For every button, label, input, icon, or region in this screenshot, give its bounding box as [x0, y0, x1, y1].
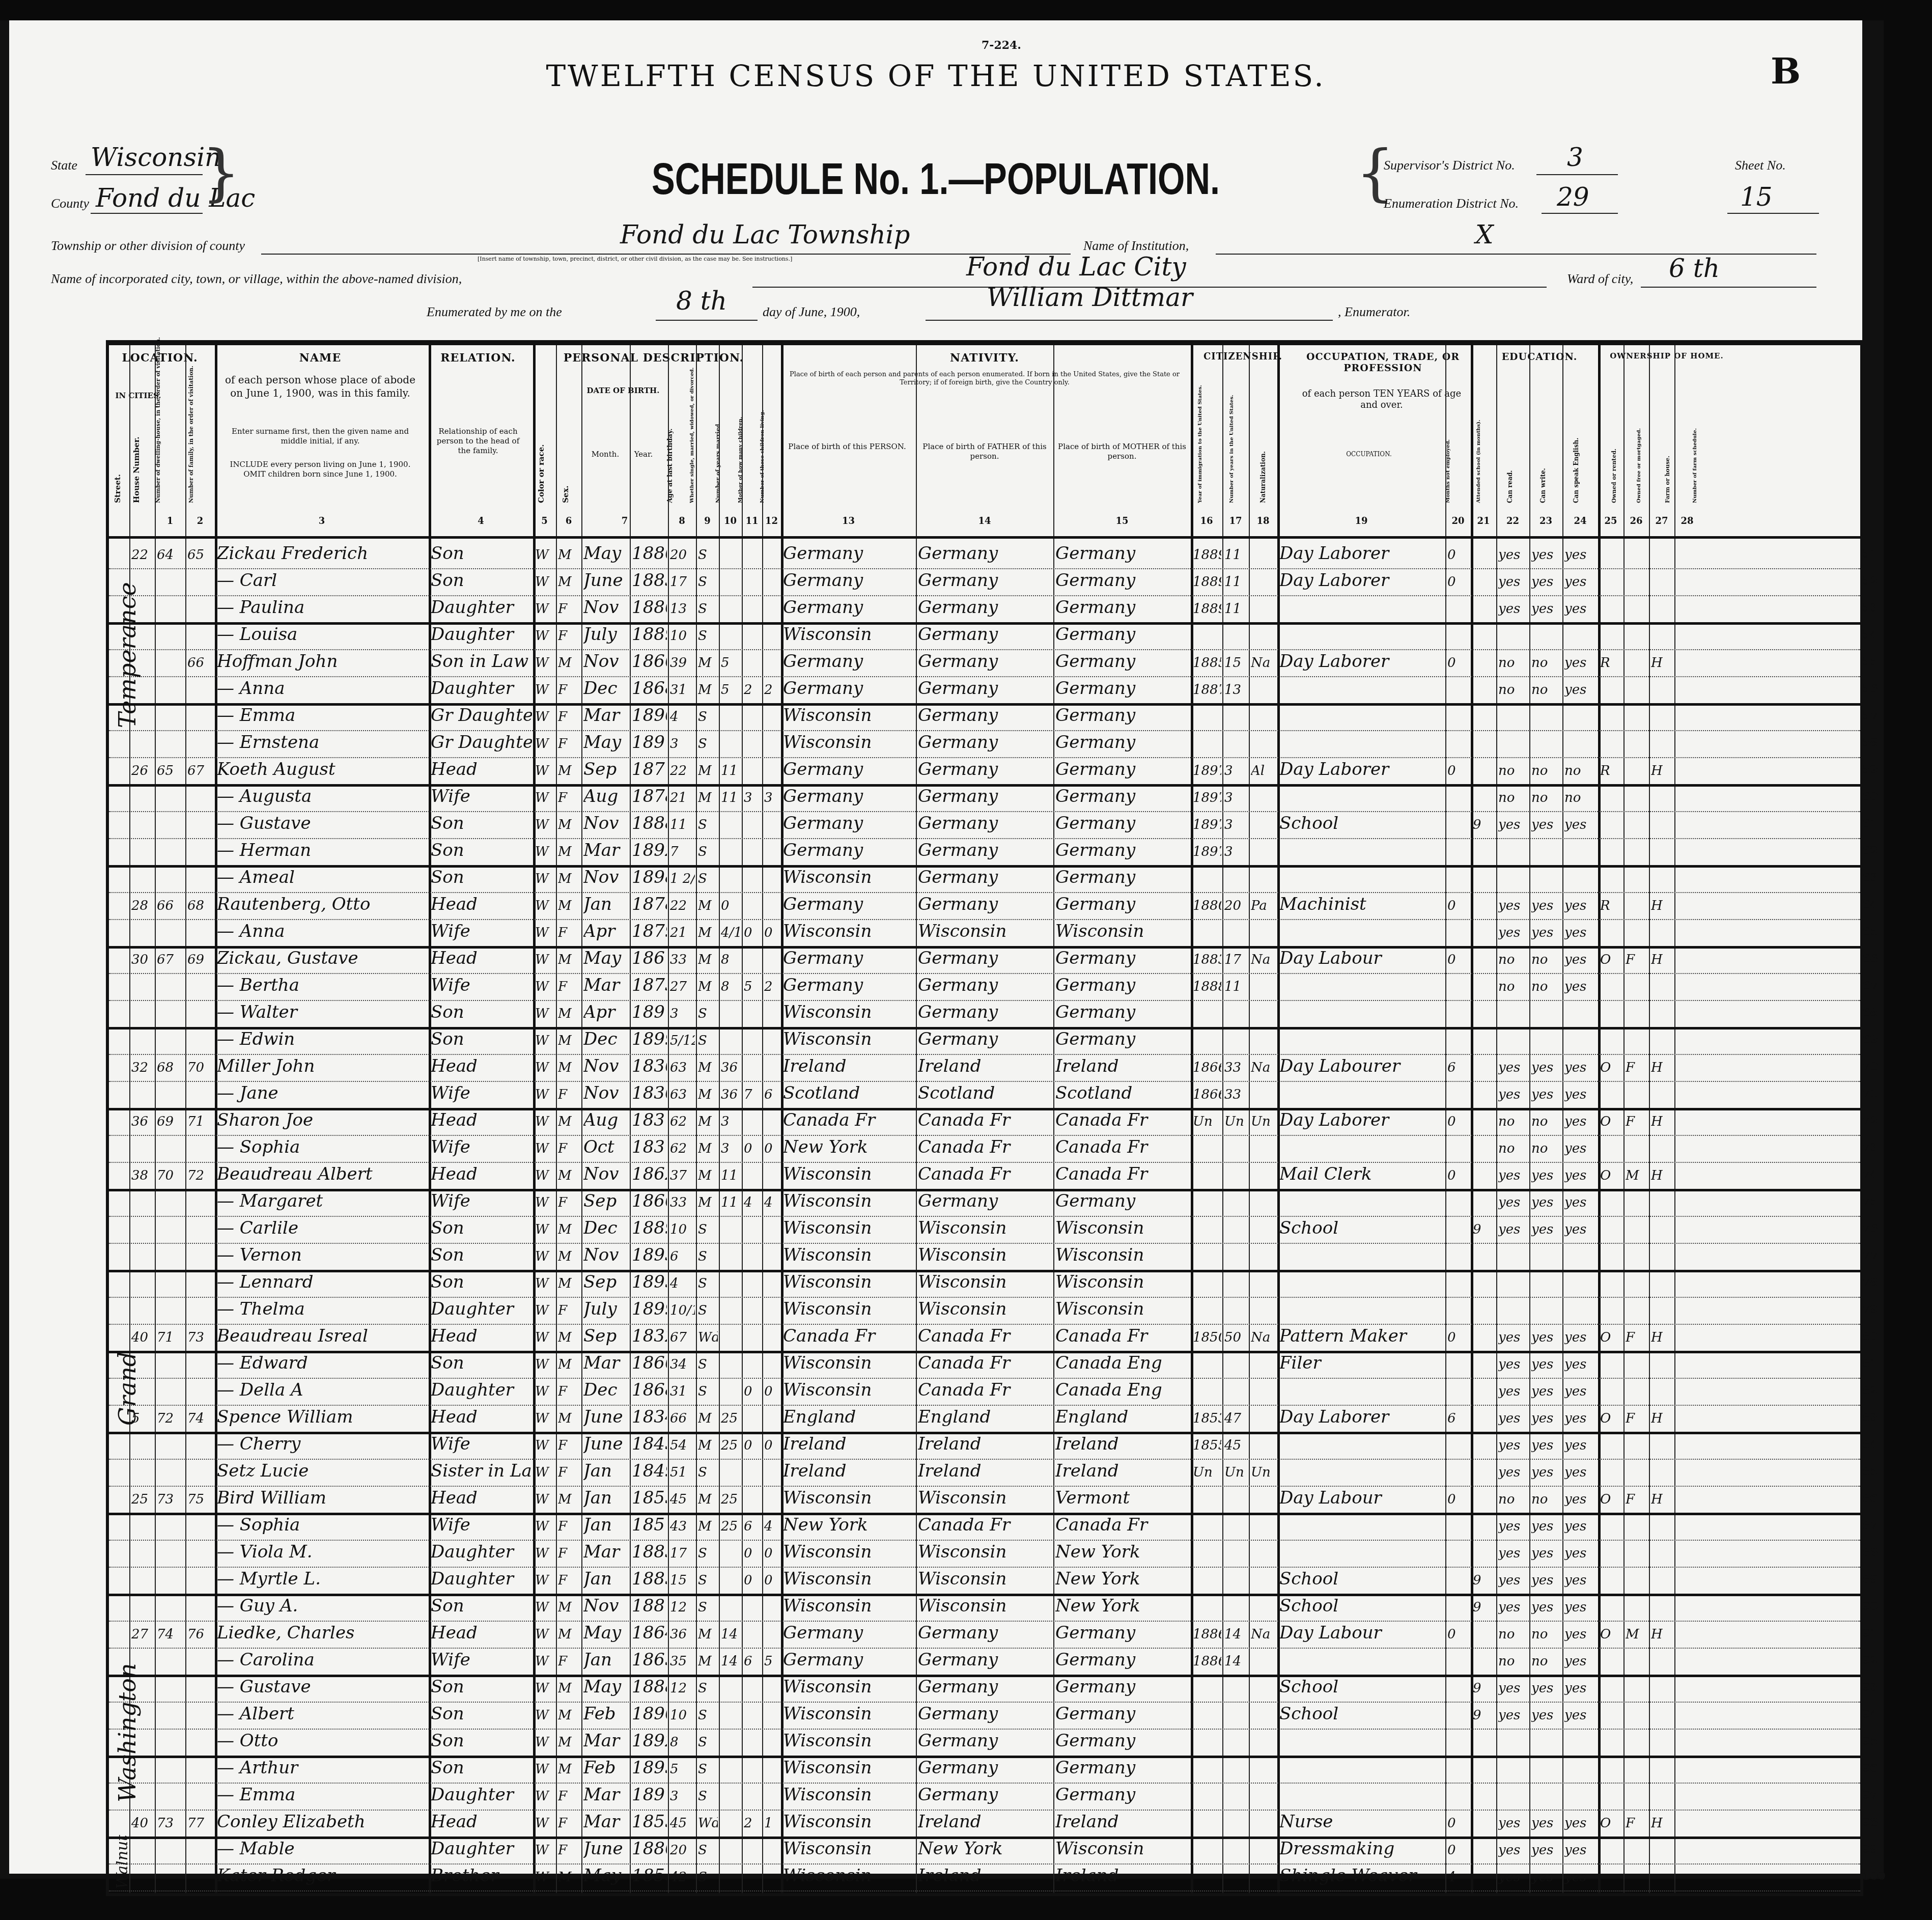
cell-occupation: Day Labour [1279, 948, 1444, 968]
enumerated-day: 8 th [676, 286, 727, 316]
column-number: 7 [581, 516, 668, 526]
cell-age: 36 [670, 1627, 695, 1642]
cell-marital: M [698, 1168, 718, 1183]
cell-age: 27 [670, 979, 695, 994]
cell-month: Aug [583, 786, 629, 806]
cell-natz: Na [1251, 1627, 1276, 1642]
cell-read: yes [1498, 1870, 1528, 1885]
cell-pob-father: Canada Fr [918, 1515, 1052, 1535]
table-row: — Viola M.DaughterWFMar188317S00Wisconsi… [109, 1540, 1855, 1569]
cell-read: yes [1498, 1438, 1528, 1453]
line-number: 89 [1862, 1573, 1878, 1586]
cell-yrs-married: 3 [721, 1141, 741, 1156]
header-date-of-birth: DATE OF BIRTH. [585, 386, 661, 396]
cell-english: yes [1564, 1465, 1597, 1480]
cell-own: O [1600, 1627, 1622, 1642]
cell-occupation: Day Laborer [1279, 1407, 1444, 1427]
cell-dwelling: 65 [157, 763, 184, 778]
cell-relation: Son [431, 1596, 532, 1616]
cell-english: yes [1564, 1681, 1597, 1696]
county-label: County [51, 196, 89, 211]
cell-dwelling: 74 [157, 1627, 184, 1642]
cell-pob-mother: Canada Fr [1055, 1110, 1190, 1130]
cell-unemployed: 0 [1447, 1114, 1470, 1129]
cell-mother-of: 2 [744, 682, 761, 698]
line-number: 67 [1862, 979, 1878, 992]
cell-year: 1899 [632, 1299, 667, 1319]
cell-pob-mother: Germany [1055, 759, 1190, 780]
cell-color: W [535, 1681, 555, 1696]
cell-school: 9 [1473, 1573, 1495, 1588]
header-can-speak-english: Can speak English. [1573, 401, 1580, 503]
cell-pob-father: Germany [918, 1002, 1052, 1022]
cell-sex: M [558, 1276, 580, 1291]
cell-yrs-married: 5 [721, 655, 741, 671]
cell-living: 5 [764, 1654, 780, 1669]
line-number: 65 [1862, 925, 1878, 938]
cell-name: — Edward [217, 1353, 428, 1373]
table-row: 326870Miller JohnHeadWMNov183663M36Irela… [109, 1054, 1855, 1083]
cell-unemployed: 0 [1447, 1168, 1470, 1183]
cell-marital: Wd [698, 1330, 718, 1345]
cell-unemployed: 0 [1447, 763, 1470, 778]
cell-house: 40 [131, 1816, 154, 1831]
cell-name: Hoffman John [217, 651, 428, 672]
cell-sex: M [558, 1006, 580, 1021]
cell-pob-father: Germany [918, 975, 1052, 995]
cell-sex: M [558, 1168, 580, 1183]
cell-name: — Gustave [217, 813, 428, 833]
cell-pob-father: Wisconsin [918, 1299, 1052, 1319]
cell-relation: Son [431, 840, 532, 860]
cell-write: yes [1531, 1222, 1561, 1237]
cell-own: O [1600, 1492, 1622, 1507]
cell-read: yes [1498, 1222, 1528, 1237]
table-row: — MargaretWifeWFSep186633M1144WisconsinG… [109, 1189, 1855, 1218]
cell-free: F [1626, 1816, 1648, 1831]
cell-name: — Carlile [217, 1218, 428, 1238]
cell-school: 9 [1473, 1222, 1495, 1237]
cell-family: 68 [187, 898, 214, 913]
cell-house: 30 [131, 952, 154, 967]
cell-sex: F [558, 1141, 580, 1156]
cell-unemployed: 0 [1447, 1492, 1470, 1507]
column-number: 15 [1053, 516, 1191, 526]
cell-marital: S [698, 1276, 718, 1291]
township-underline [261, 254, 1071, 255]
cell-marital: M [698, 763, 718, 778]
cell-name: — Viola M. [217, 1542, 428, 1562]
header-name-instr2: INCLUDE every person living on June 1, 1… [223, 460, 417, 479]
line-number: 62 [1862, 844, 1878, 857]
cell-name: — Bertha [217, 975, 428, 995]
table-row: — LouisaDaughterWFJuly188910SWisconsinGe… [109, 622, 1855, 651]
cell-own: O [1600, 1330, 1622, 1345]
cell-month: Nov [583, 1245, 629, 1265]
enumeration-district-label: Enumeration District No. [1384, 196, 1519, 211]
cell-marital: S [698, 1789, 718, 1804]
cell-unemployed: 0 [1447, 1816, 1470, 1831]
cell-yrs-married: 11 [721, 1195, 741, 1210]
cell-age: 17 [670, 1546, 695, 1561]
cell-sex: M [558, 1114, 580, 1129]
cell-own: O [1600, 1816, 1622, 1831]
header-education: EDUCATION. [1473, 351, 1606, 363]
cell-pob-father: Germany [918, 624, 1052, 645]
cell-write: yes [1531, 1681, 1561, 1696]
cell-age: 22 [670, 763, 695, 778]
cell-unemployed: 0 [1447, 655, 1470, 671]
line-number: 54 [1862, 628, 1878, 642]
cell-name: Kater Rodger [217, 1866, 428, 1886]
cell-english: yes [1564, 1870, 1597, 1885]
cell-relation: Son [431, 1677, 532, 1697]
cell-farm: H [1651, 1816, 1673, 1831]
line-number: 99 [1862, 1843, 1878, 1856]
cell-name: — Sophia [217, 1137, 428, 1157]
cell-month: Mar [583, 840, 629, 860]
cell-age: 62 [670, 1141, 695, 1156]
cell-month: June [583, 1839, 629, 1859]
cell-color: W [535, 628, 555, 644]
cell-pob-mother: Germany [1055, 732, 1190, 753]
cell-pob: Wisconsin [783, 1677, 915, 1697]
brace-left: } [202, 137, 240, 208]
cell-year: 1866 [632, 1191, 667, 1211]
column-number: 10 [719, 516, 742, 526]
cell-family: 77 [187, 1816, 214, 1831]
table-row: — GustaveSonWMNov188811SGermanyGermanyGe… [109, 811, 1855, 840]
supervisor-district-label: Supervisor's District No. [1384, 158, 1515, 173]
cell-color: W [535, 1600, 555, 1615]
cell-occupation: Day Laborer [1279, 759, 1444, 780]
cell-sex: M [558, 1735, 580, 1750]
cell-color: W [535, 1573, 555, 1588]
column-number: 28 [1674, 516, 1700, 526]
cell-color: W [535, 1735, 555, 1750]
cell-sex: M [558, 1222, 580, 1237]
table-row: — GustaveSonWMMay188812SWisconsinGermany… [109, 1675, 1855, 1704]
cell-english: yes [1564, 817, 1597, 832]
cell-immig: 1897 [1193, 763, 1221, 778]
column-number: 13 [781, 516, 916, 526]
cell-marital: M [698, 682, 718, 698]
cell-occupation: School [1279, 1596, 1444, 1616]
cell-marital: M [698, 979, 718, 994]
cell-color: W [535, 601, 555, 617]
cell-year: 1864 [632, 1623, 667, 1643]
cell-year: 1858 [632, 1866, 667, 1886]
cell-pob-mother: Ireland [1055, 1812, 1190, 1832]
cell-name: Zickau Frederich [217, 543, 428, 564]
cell-pob-father: Germany [918, 651, 1052, 672]
cell-marital: M [698, 1627, 718, 1642]
cell-english: yes [1564, 547, 1597, 563]
cell-pob-father: Germany [918, 1677, 1052, 1697]
cell-write: no [1531, 952, 1561, 967]
cell-family: 74 [187, 1411, 214, 1426]
cell-write: yes [1531, 817, 1561, 832]
header-marital: Whether single, married, widowed, or div… [689, 381, 695, 503]
column-number: 24 [1562, 516, 1598, 526]
cell-year: 1878 [632, 786, 667, 806]
enumeration-underline [1542, 213, 1618, 214]
cell-english: yes [1564, 1357, 1597, 1372]
line-number: 55 [1862, 655, 1878, 669]
cell-dwelling: 71 [157, 1330, 184, 1345]
header-sex: Sex. [561, 467, 570, 503]
cell-occupation: Dressmaking [1279, 1839, 1444, 1859]
cell-color: W [535, 1249, 555, 1264]
cell-read: no [1498, 1627, 1528, 1642]
cell-name: Beaudreau Albert [217, 1164, 428, 1184]
cell-read: no [1498, 952, 1528, 967]
cell-pob-father: Wisconsin [918, 1542, 1052, 1562]
cell-english: yes [1564, 1384, 1597, 1399]
cell-relation: Son [431, 1218, 532, 1238]
cell-living: 0 [764, 1546, 780, 1561]
cell-unemployed: 6 [1447, 1411, 1470, 1426]
line-number: 86 [1862, 1492, 1878, 1505]
cell-relation: Wife [431, 786, 532, 806]
cell-read: yes [1498, 1465, 1528, 1480]
cell-month: Mar [583, 1812, 629, 1832]
cell-marital: S [698, 736, 718, 752]
table-row: 286668Rautenberg, OttoHeadWMJan187822M0G… [109, 892, 1855, 921]
cell-yrs-married: 8 [721, 952, 741, 967]
cell-relation: Son [431, 867, 532, 887]
cell-pob-mother: Canada Eng [1055, 1380, 1190, 1400]
day-underline [656, 320, 758, 321]
cell-color: W [535, 844, 555, 859]
cell-marital: M [698, 1141, 718, 1156]
cell-color: W [535, 817, 555, 832]
table-row: — VernonSonWMNov18936SWisconsinWisconsin… [109, 1243, 1855, 1272]
cell-pob: Wisconsin [783, 921, 915, 941]
cell-living: 0 [764, 1141, 780, 1156]
cell-year: 1883 [632, 570, 667, 591]
cell-write: yes [1531, 925, 1561, 940]
enumeration-district-value: 29 [1557, 182, 1589, 212]
cell-yrs-married: 3 [721, 1114, 741, 1129]
header-name-instr1: Enter surname first, then the given name… [223, 427, 417, 446]
cell-relation: Head [431, 759, 532, 780]
cell-relation: Brother [431, 1866, 532, 1886]
cell-pob-mother: Canada Fr [1055, 1515, 1190, 1535]
cell-relation: Son [431, 1272, 532, 1292]
cell-year: 1880 [632, 543, 667, 564]
cell-own: O [1600, 952, 1622, 967]
cell-marital: M [698, 1438, 718, 1453]
cell-english: yes [1564, 682, 1597, 698]
form-number: 7-224. [982, 39, 1021, 52]
cell-sex: F [558, 1573, 580, 1588]
header-years-in-us: Number of years in the United States. [1229, 381, 1235, 503]
header-occupation: OCCUPATION, TRADE, OR PROFESSION [1295, 351, 1471, 374]
cell-pob: Germany [783, 894, 915, 914]
cell-marital: M [698, 1114, 718, 1129]
cell-pob-father: Canada Fr [918, 1353, 1052, 1373]
cell-pob: Wisconsin [783, 1245, 915, 1265]
cell-english: yes [1564, 1600, 1597, 1615]
line-number: 70 [1862, 1060, 1878, 1073]
cell-read: yes [1498, 925, 1528, 940]
cell-dwelling: 64 [157, 547, 184, 563]
line-number: 58 [1862, 736, 1878, 749]
cell-pob-mother: Germany [1055, 1002, 1190, 1022]
cell-immig: 1886 [1193, 1654, 1221, 1669]
state-underline [86, 174, 203, 175]
cell-house: 25 [131, 1492, 154, 1507]
cell-read: yes [1498, 1573, 1528, 1588]
cell-relation: Daughter [431, 624, 532, 645]
cell-pob: Germany [783, 948, 915, 968]
cell-age: 5/12 [670, 1033, 695, 1048]
cell-family: 66 [187, 655, 214, 671]
cell-age: 63 [670, 1087, 695, 1102]
line-number: 96 [1862, 1762, 1878, 1775]
cell-month: Jan [583, 1461, 629, 1481]
cell-sex: M [558, 1330, 580, 1345]
column-number: 27 [1649, 516, 1674, 526]
cell-pob-father: Germany [918, 948, 1052, 968]
cell-age: 43 [670, 1519, 695, 1534]
header-nativity: NATIVITY. [778, 351, 1191, 365]
cell-pob-mother: Wisconsin [1055, 1839, 1190, 1859]
cell-immig: 1866 [1193, 1060, 1221, 1075]
cell-english: yes [1564, 925, 1597, 940]
cell-pob-mother: Canada Fr [1055, 1137, 1190, 1157]
cell-relation: Sister in Law [431, 1461, 532, 1481]
cell-month: Sep [583, 1272, 629, 1292]
cell-pob: New York [783, 1515, 915, 1535]
cell-living: 1 [764, 1816, 780, 1831]
cell-month: Dec [583, 1029, 629, 1049]
cell-family: 76 [187, 1627, 214, 1642]
cell-relation: Son [431, 570, 532, 591]
cell-marital: S [698, 1600, 718, 1615]
cell-month: Sep [583, 759, 629, 780]
header-can-write: Can write. [1539, 437, 1547, 503]
line-number: 98 [1862, 1816, 1878, 1829]
cell-color: W [535, 1303, 555, 1318]
line-number: 97 [1862, 1789, 1878, 1802]
header-ownership: OWNERSHIP OF HOME. [1608, 351, 1725, 360]
cell-sex: M [558, 574, 580, 590]
cell-age: 3 [670, 1006, 695, 1021]
cell-occupation: Day Laborer [1279, 543, 1444, 564]
cell-write: no [1531, 1114, 1561, 1129]
cell-marital: M [698, 898, 718, 913]
cell-age: 20 [670, 1843, 695, 1858]
cell-age: 33 [670, 1195, 695, 1210]
cell-pob-father: Germany [918, 597, 1052, 618]
cell-color: W [535, 709, 555, 725]
cell-age: 7 [670, 844, 695, 859]
cell-own: O [1600, 1060, 1622, 1075]
cell-color: W [535, 1357, 555, 1372]
cell-pob-father: Germany [918, 1704, 1052, 1724]
cell-pob-mother: Germany [1055, 543, 1190, 564]
cell-farm: H [1651, 1492, 1673, 1507]
cell-color: W [535, 1087, 555, 1102]
cell-read: no [1498, 682, 1528, 698]
cell-pob-mother: Ireland [1055, 1461, 1190, 1481]
cell-pob: Germany [783, 975, 915, 995]
cell-mother-of: 4 [744, 1195, 761, 1210]
cell-pob-father: Germany [918, 543, 1052, 564]
cell-pob: Wisconsin [783, 1785, 915, 1805]
cell-pob-father: Wisconsin [918, 1218, 1052, 1238]
cell-house: 32 [131, 1060, 154, 1075]
cell-sex: M [558, 1357, 580, 1372]
cell-relation: Wife [431, 1137, 532, 1157]
cell-name: — Walter [217, 1002, 428, 1022]
cell-pob-father: Germany [918, 1650, 1052, 1670]
cell-family: 69 [187, 952, 214, 967]
cell-pob-father: Germany [918, 1731, 1052, 1751]
cell-sex: F [558, 925, 580, 940]
cell-sex: F [558, 1789, 580, 1804]
cell-read: yes [1498, 601, 1528, 617]
header-year: Year. [626, 450, 661, 459]
enumerated-prefix: Enumerated by me on the [427, 304, 562, 320]
cell-mother-of: 0 [744, 1573, 761, 1588]
table-row: — EdwardSonWMMar186634SWisconsinCanada F… [109, 1351, 1855, 1380]
cell-name: — Louisa [217, 624, 428, 645]
column-number: 19 [1277, 516, 1445, 526]
cell-write: no [1531, 1141, 1561, 1156]
table-row: — WalterSonWMApr18973SWisconsinGermanyGe… [109, 1000, 1855, 1029]
cell-pob-mother: Germany [1055, 597, 1190, 618]
cell-read: no [1498, 1492, 1528, 1507]
cell-pob-mother: Wisconsin [1055, 1299, 1190, 1319]
cell-name: Koeth August [217, 759, 428, 780]
township-value: Fond du Lac Township [620, 220, 910, 249]
cell-yrs-us: 11 [1224, 979, 1248, 994]
cell-occupation: School [1279, 813, 1444, 833]
cell-read: yes [1498, 1357, 1528, 1372]
cell-pob: Ireland [783, 1056, 915, 1076]
cell-pob: England [783, 1407, 915, 1427]
cell-pob-father: Wisconsin [918, 921, 1052, 941]
table-row: — AlbertSonWMFeb189010SWisconsinGermanyG… [109, 1702, 1855, 1731]
cell-pob-mother: Germany [1055, 867, 1190, 887]
cell-marital: S [698, 1546, 718, 1561]
cell-color: W [535, 898, 555, 913]
cell-own: O [1600, 1411, 1622, 1426]
cell-write: yes [1531, 1195, 1561, 1210]
cell-own: R [1600, 655, 1622, 671]
cell-write: no [1531, 979, 1561, 994]
line-number: 81 [1862, 1357, 1878, 1370]
cell-marital: S [698, 1384, 718, 1399]
cell-year: 1899 [632, 1029, 667, 1049]
cell-immig: Un [1193, 1465, 1221, 1480]
cell-write: yes [1531, 1546, 1561, 1561]
cell-pob-mother: Germany [1055, 948, 1190, 968]
cell-read: yes [1498, 1843, 1528, 1858]
cell-sex: F [558, 1654, 580, 1669]
cell-yrs-us: 11 [1224, 547, 1248, 563]
cell-month: Dec [583, 678, 629, 699]
cell-pob-father: Germany [918, 732, 1052, 753]
line-number: 52 [1862, 574, 1878, 588]
cell-month: May [583, 732, 629, 753]
township-label: Township or other division of county [51, 238, 245, 254]
cell-color: W [535, 1843, 555, 1858]
cell-pob-father: Canada Fr [918, 1110, 1052, 1130]
